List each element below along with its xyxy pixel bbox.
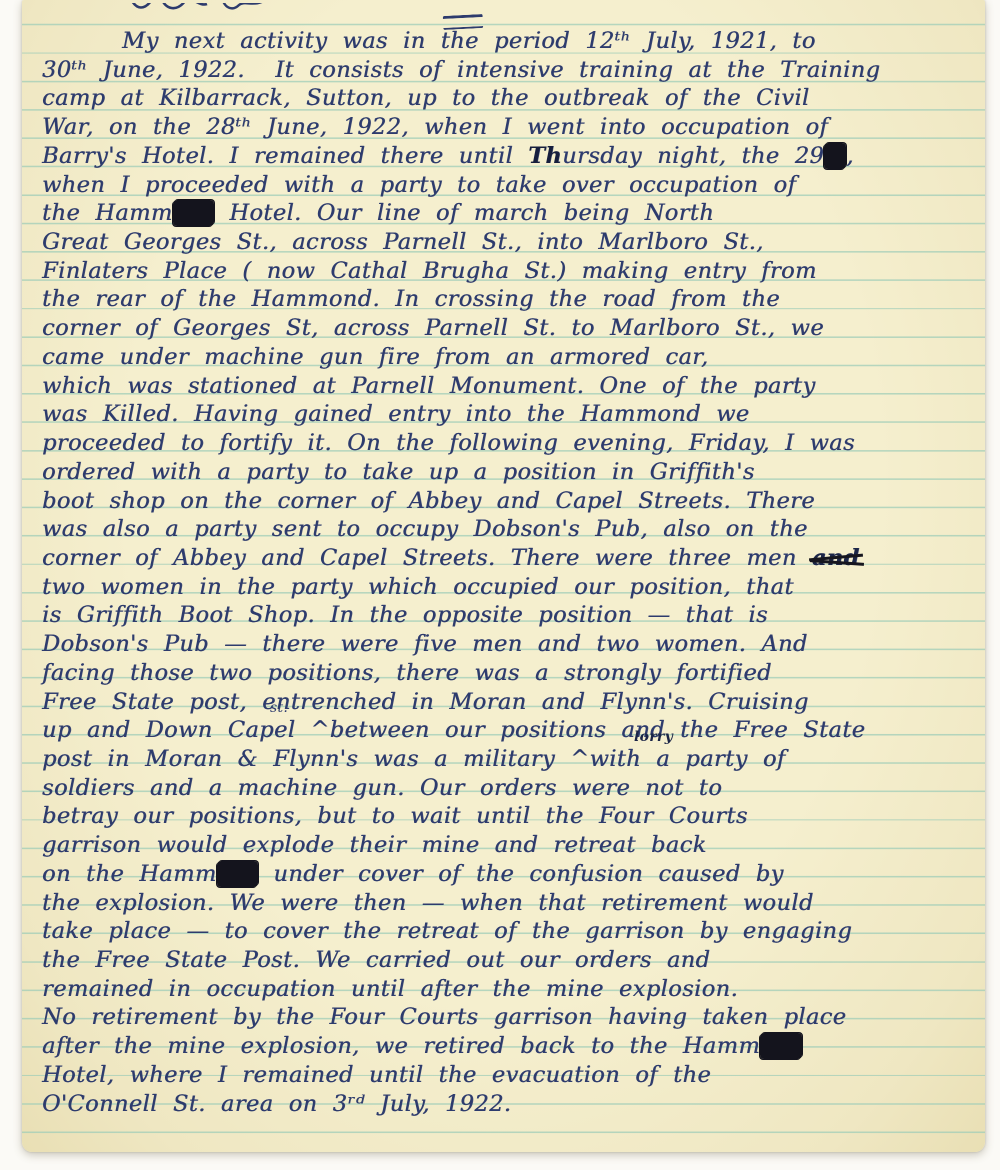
- scribbled-out-text: am: [217, 861, 259, 887]
- manuscript-line: corner of Georges St, across Parnell St.…: [42, 314, 977, 343]
- handwritten-text: ordered with a party to take up a positi…: [42, 459, 755, 485]
- handwritten-text: ursday night, the 29: [562, 143, 824, 169]
- manuscript-line: the Hammam Hotel. Our line of march bein…: [42, 199, 977, 228]
- handwritten-text: Barry's Hotel. I remained there until: [42, 143, 528, 169]
- manuscript-line: garrison would explode their mine and re…: [42, 831, 977, 860]
- handwritten-text: the explosion. We were then — when that …: [42, 890, 814, 916]
- handwritten-text: is Griffith Boot Shop. In the opposite p…: [42, 602, 768, 628]
- handwritten-text: was also a party sent to occupy Dobson's…: [42, 516, 808, 542]
- manuscript-line: came under machine gun fire from an armo…: [42, 343, 977, 372]
- manuscript-line: when I proceeded with a party to take ov…: [42, 171, 977, 200]
- manuscript-lines: My next activity was in the period 12ᵗʰ …: [42, 27, 977, 1118]
- scribbled-out-text: Th: [528, 143, 562, 169]
- handwritten-text: when I proceeded with a party to take ov…: [42, 172, 796, 198]
- handwritten-text: post in Moran & Flynn's was a military ^…: [42, 746, 786, 772]
- manuscript-line: Great Georges St., across Parnell St., i…: [42, 228, 977, 257]
- manuscript-line: My next activity was in the period 12ᵗʰ …: [42, 27, 977, 56]
- handwritten-text: Free State post, entrenched in Moran and…: [42, 689, 809, 715]
- manuscript-line: Hotel, where I remained until the evacua…: [42, 1061, 977, 1090]
- manuscript-line: which was stationed at Parnell Monument.…: [42, 372, 977, 401]
- handwritten-text: My next activity was in the period 12ᵗʰ …: [122, 28, 816, 54]
- handwritten-text: Hotel, where I remained until the evacua…: [42, 1062, 711, 1088]
- manuscript-line: post in Moran & Flynn's was a military ^…: [42, 745, 977, 774]
- manuscript-line: Barry's Hotel. I remained there until Th…: [42, 142, 977, 171]
- manuscript-line: remained in occupation until after the m…: [42, 975, 977, 1004]
- handwritten-text: after the mine explosion, we retired bac…: [42, 1033, 760, 1059]
- handwritten-text: corner of Georges St, across Parnell St.…: [42, 315, 824, 341]
- handwritten-text: came under machine gun fire from an armo…: [42, 344, 708, 370]
- manuscript-line: facing those two positions, there was a …: [42, 659, 977, 688]
- manuscript-line: War, on the 28ᵗʰ June, 1922, when I went…: [42, 113, 977, 142]
- scribbled-out-text: am: [760, 1033, 802, 1059]
- handwritten-text: the rear of the Hammond. In crossing the…: [42, 286, 780, 312]
- handwritten-text: two women in the party which occupied ou…: [42, 574, 794, 600]
- cropped-writing-fragment: [127, 0, 277, 12]
- handwritten-text: Finlaters Place ( now Cathal Brugha St.)…: [42, 258, 817, 284]
- manuscript-line: camp at Kilbarrack, Sutton, up to the ou…: [42, 84, 977, 113]
- manuscript-line: is Griffith Boot Shop. In the opposite p…: [42, 601, 977, 630]
- manuscript-line: O'Connell St. area on 3ʳᵈ July, 1922.: [42, 1090, 977, 1119]
- manuscript-line: Free State post, entrenched in Moran and…: [42, 688, 977, 717]
- insertion-lorry: lorry: [634, 729, 673, 745]
- handwritten-text: soldiers and a machine gun. Our orders w…: [42, 775, 722, 801]
- manuscript-line: the rear of the Hammond. In crossing the…: [42, 285, 977, 314]
- manuscript-line: was Killed. Having gained entry into the…: [42, 400, 977, 429]
- handwritten-text: corner of Abbey and Capel Streets. There…: [42, 545, 812, 571]
- scribbled-out-text: ᵗʰ: [824, 143, 846, 169]
- handwritten-text: O'Connell St. area on 3ʳᵈ July, 1922.: [42, 1091, 511, 1117]
- manuscript-line: proceeded to fortify it. On the followin…: [42, 429, 977, 458]
- manuscript-line: the Free State Post. We carried out our …: [42, 946, 977, 975]
- manuscript-line: Dobson's Pub — there were five men and t…: [42, 630, 977, 659]
- handwritten-text: Hotel. Our line of march being North: [214, 200, 714, 226]
- manuscript-line: boot shop on the corner of Abbey and Cap…: [42, 487, 977, 516]
- handwritten-text: facing those two positions, there was a …: [42, 660, 772, 686]
- handwritten-text: Great Georges St., across Parnell St., i…: [42, 229, 764, 255]
- manuscript-line: ordered with a party to take up a positi…: [42, 458, 977, 487]
- manuscript-line: take place — to cover the retreat of the…: [42, 917, 977, 946]
- scribbled-out-text: and: [812, 545, 860, 571]
- handwritten-text: ,: [846, 143, 854, 169]
- handwritten-text: was Killed. Having gained entry into the…: [42, 401, 750, 427]
- manuscript-paper: My next activity was in the period 12ᵗʰ …: [22, 0, 985, 1152]
- manuscript-line: was also a party sent to occupy Dobson's…: [42, 515, 977, 544]
- handwritten-text: No retirement by the Four Courts garriso…: [42, 1004, 846, 1030]
- handwritten-text: proceeded to fortify it. On the followin…: [42, 430, 855, 456]
- handwritten-text: garrison would explode their mine and re…: [42, 832, 707, 858]
- handwritten-text: War, on the 28ᵗʰ June, 1922, when I went…: [42, 114, 828, 140]
- manuscript-line: on the Hammam under cover of the confusi…: [42, 860, 977, 889]
- handwritten-text: take place — to cover the retreat of the…: [42, 918, 852, 944]
- handwritten-text: under cover of the confusion caused by: [258, 861, 783, 887]
- manuscript-line: Finlaters Place ( now Cathal Brugha St.)…: [42, 257, 977, 286]
- handwritten-text: Dobson's Pub — there were five men and t…: [42, 631, 808, 657]
- handwritten-text: camp at Kilbarrack, Sutton, up to the ou…: [42, 85, 810, 111]
- manuscript-line: after the mine explosion, we retired bac…: [42, 1032, 977, 1061]
- manuscript-line: No retirement by the Four Courts garriso…: [42, 1003, 977, 1032]
- manuscript-line: two women in the party which occupied ou…: [42, 573, 977, 602]
- insertion-capel-st: st.: [270, 700, 288, 716]
- manuscript-line: 30ᵗʰ June, 1922. It consists of intensiv…: [42, 56, 977, 85]
- handwritten-text: which was stationed at Parnell Monument.…: [42, 373, 815, 399]
- handwritten-text: betray our positions, but to wait until …: [42, 803, 748, 829]
- manuscript-line: betray our positions, but to wait until …: [42, 802, 977, 831]
- manuscript-line: the explosion. We were then — when that …: [42, 889, 977, 918]
- handwritten-text: remained in occupation until after the m…: [42, 976, 738, 1002]
- handwritten-text: up and Down Capel ^between our positions…: [42, 717, 865, 743]
- scribbled-out-text: am: [173, 200, 215, 226]
- manuscript-line: up and Down Capel ^between our positions…: [42, 716, 977, 745]
- manuscript-line: soldiers and a machine gun. Our orders w…: [42, 774, 977, 803]
- handwritten-text: the Hamm: [42, 200, 173, 226]
- manuscript-line: corner of Abbey and Capel Streets. There…: [42, 544, 977, 573]
- handwritten-text: boot shop on the corner of Abbey and Cap…: [42, 488, 815, 514]
- handwritten-text: 30ᵗʰ June, 1922. It consists of intensiv…: [42, 57, 880, 83]
- handwritten-text: on the Hamm: [42, 861, 217, 887]
- handwritten-text: the Free State Post. We carried out our …: [42, 947, 710, 973]
